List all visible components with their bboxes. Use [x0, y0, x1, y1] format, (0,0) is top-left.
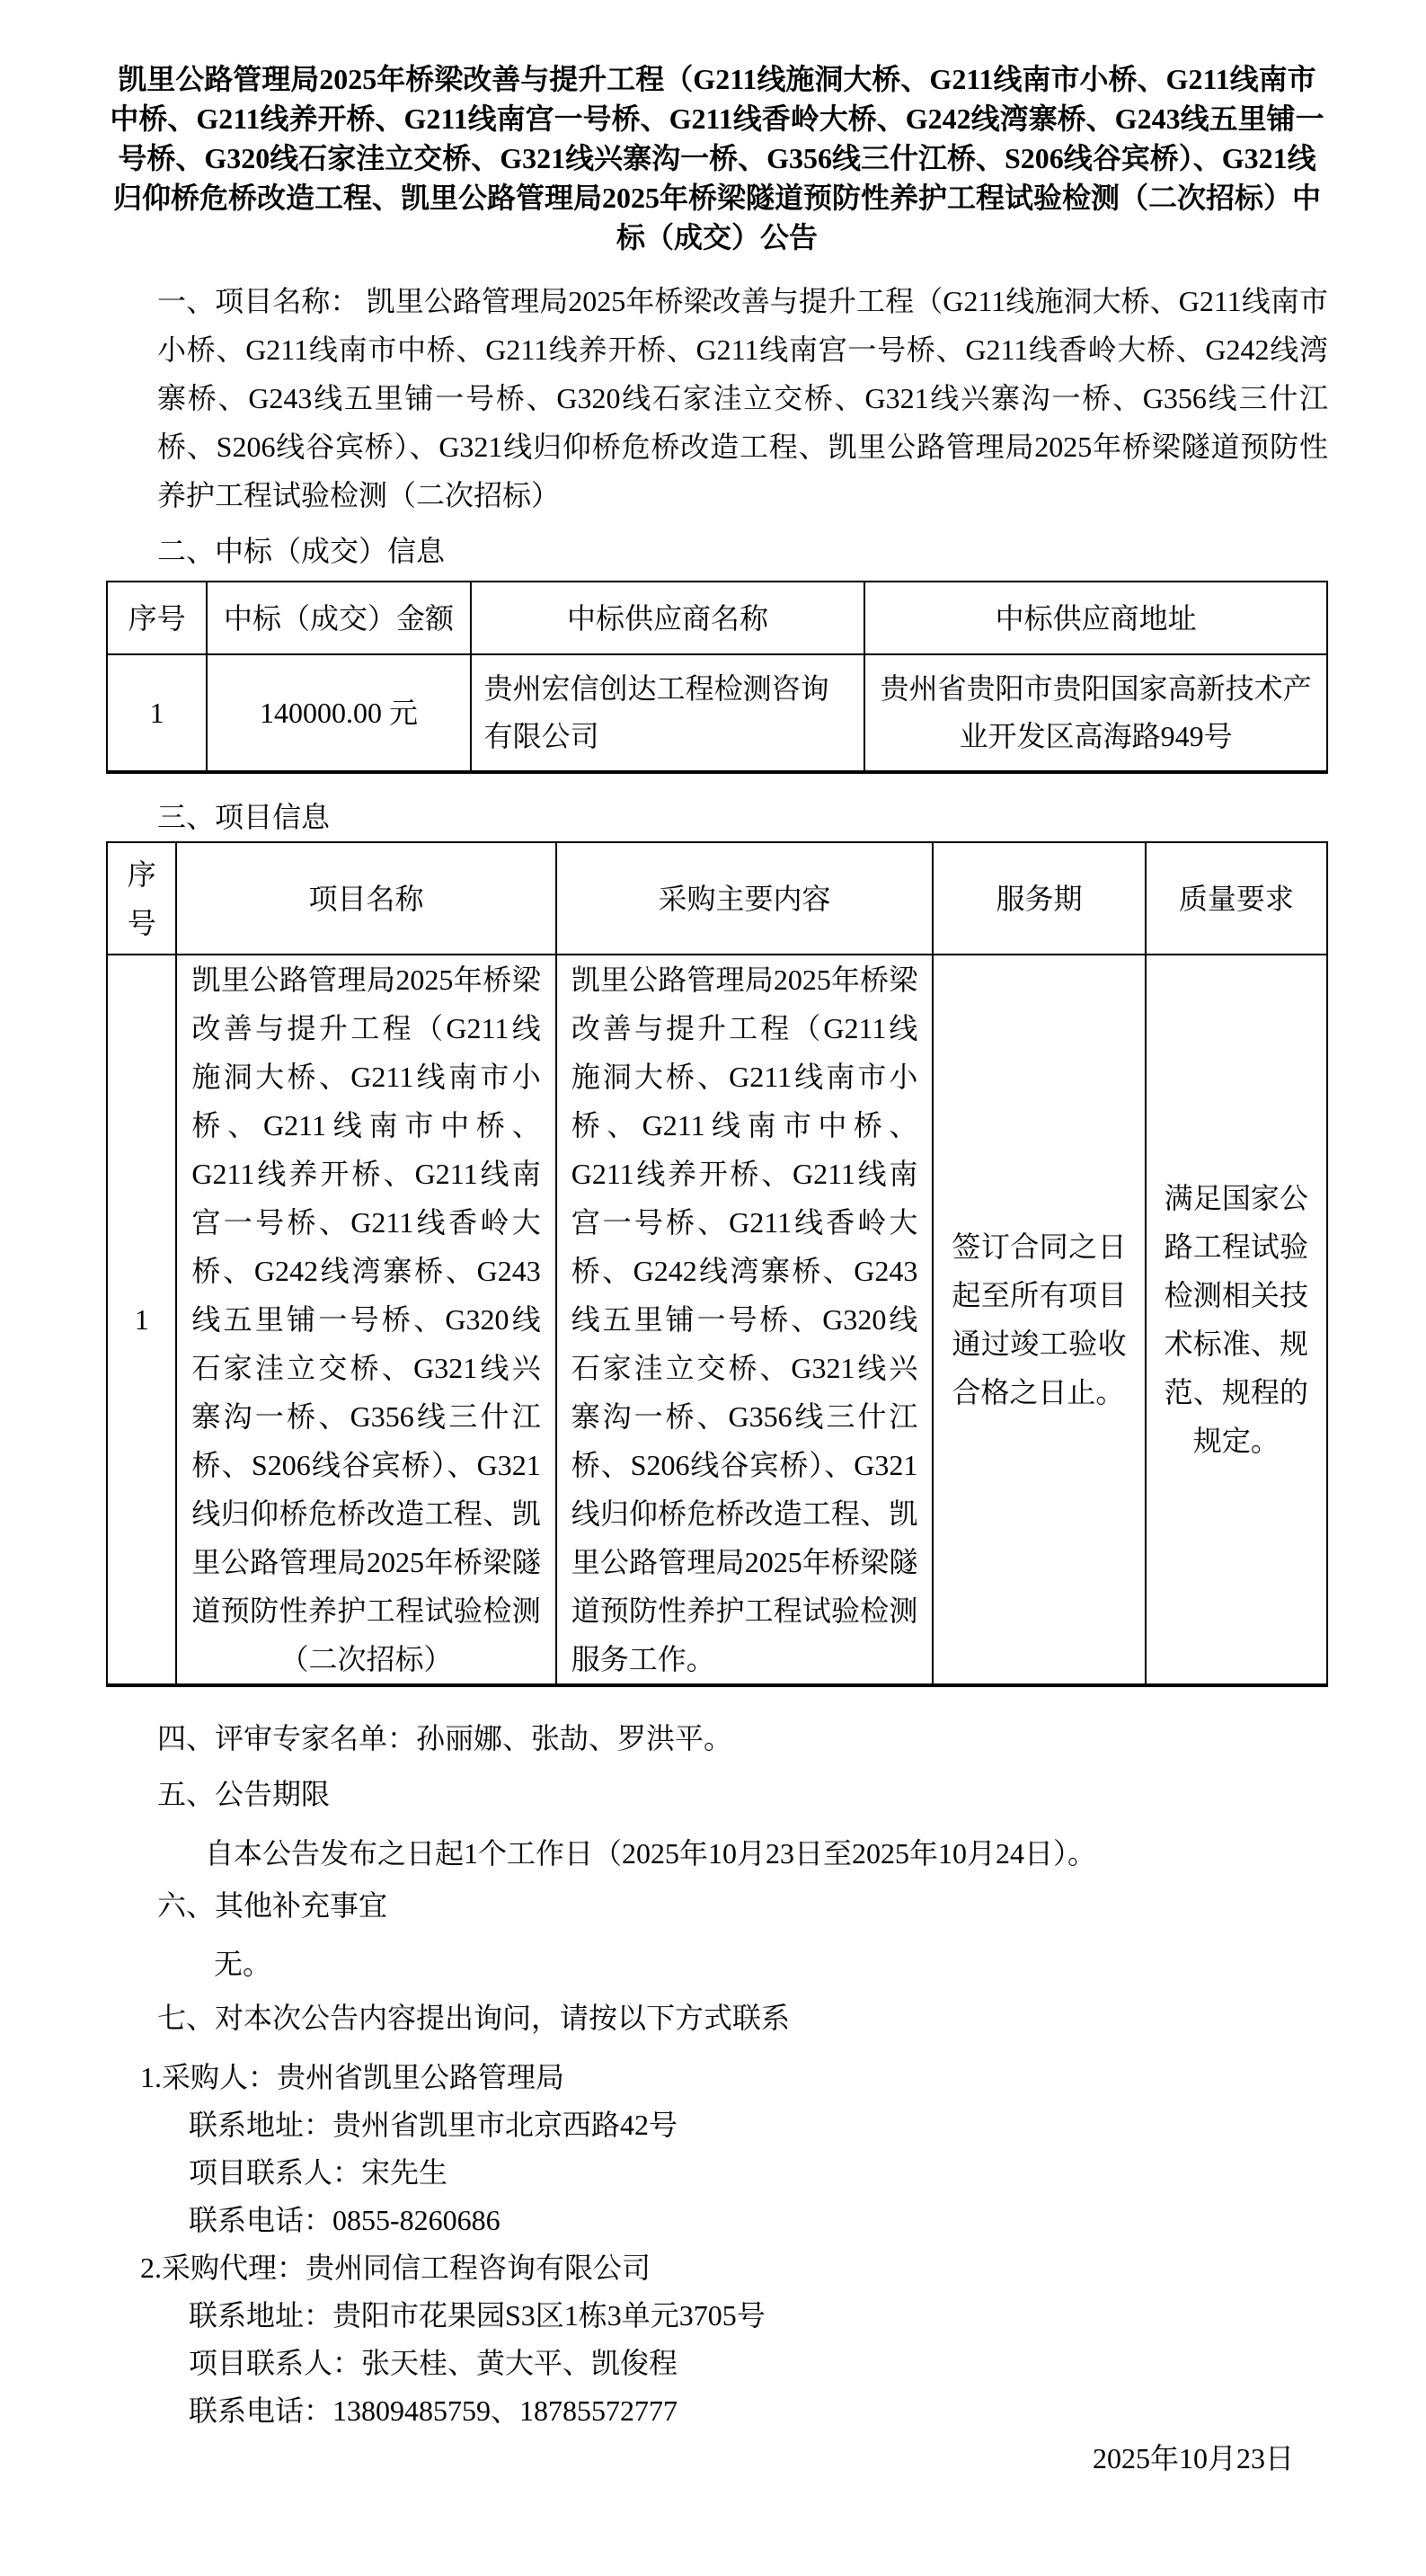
project-header-service-period: 服务期: [933, 842, 1145, 955]
purchaser-phone-line: 联系电话：0855-8260686: [106, 2197, 1328, 2244]
award-cell-supplier-name: 贵州宏信创达工程检测咨询有限公司: [471, 654, 865, 772]
award-header-amount: 中标（成交）金额: [207, 582, 470, 654]
project-header-quality: 质量要求: [1146, 842, 1327, 955]
award-cell-amount: 140000.00 元: [207, 654, 470, 772]
agent-name-line: 2.采购代理：贵州同信工程咨询有限公司: [106, 2244, 1328, 2292]
section-6-heading: 六、其他补充事宜: [157, 1881, 1328, 1930]
project-cell-name: 凯里公路管理局2025年桥梁改善与提升工程（G211线施洞大桥、G211线南市小…: [176, 955, 555, 1685]
award-cell-supplier-address: 贵州省贵阳市贵阳国家高新技术产业开发区高海路949号: [864, 654, 1327, 772]
section-3-heading: 三、项目信息: [157, 793, 1328, 841]
section-1-project-name-paragraph: 一、项目名称： 凯里公路管理局2025年桥梁改善与提升工程（G211线施洞大桥、…: [157, 277, 1328, 520]
section-7-heading: 七、对本次公告内容提出询问，请按以下方式联系: [157, 1994, 1328, 2042]
agent-person-line: 项目联系人：张天桂、黄大平、凯俊程: [106, 2340, 1328, 2387]
award-header-supplier-address: 中标供应商地址: [864, 582, 1327, 654]
project-header-seq: 序号: [107, 842, 176, 955]
section-6-body: 无。: [106, 1940, 1328, 1988]
section-4-experts-line: 四、评审专家名单：孙丽娜、张劼、罗洪平。: [157, 1714, 1328, 1763]
project-cell-content: 凯里公路管理局2025年桥梁改善与提升工程（G211线施洞大桥、G211线南市小…: [556, 955, 934, 1685]
purchaser-address-line: 联系地址：贵州省凯里市北京西路42号: [106, 2101, 1328, 2149]
project-table-row: 1 凯里公路管理局2025年桥梁改善与提升工程（G211线施洞大桥、G211线南…: [107, 955, 1327, 1685]
project-cell-quality: 满足国家公路工程试验检测相关技术标准、规范、规程的规定。: [1146, 955, 1327, 1685]
purchaser-person-line: 项目联系人：宋先生: [106, 2149, 1328, 2197]
award-table-row: 1 140000.00 元 贵州宏信创达工程检测咨询有限公司 贵州省贵阳市贵阳国…: [107, 654, 1327, 772]
project-cell-service-period: 签订合同之日起至所有项目通过竣工验收合格之日止。: [933, 955, 1145, 1685]
purchaser-name-line: 1.采购人：贵州省凯里公路管理局: [106, 2054, 1328, 2101]
award-header-supplier-name: 中标供应商名称: [471, 582, 865, 654]
section-2-heading: 二、中标（成交）信息: [157, 527, 1328, 575]
award-cell-seq: 1: [107, 654, 207, 772]
project-cell-seq: 1: [107, 955, 176, 1685]
award-table-header-row: 序号 中标（成交）金额 中标供应商名称 中标供应商地址: [107, 582, 1327, 654]
project-table-header-row: 序号 项目名称 采购主要内容 服务期 质量要求: [107, 842, 1327, 955]
announcement-title: 凯里公路管理局2025年桥梁改善与提升工程（G211线施洞大桥、G211线南市小…: [106, 59, 1328, 257]
section-5-announcement-period: 自本公告发布之日起1个工作日（2025年10月23日至2025年10月24日）。: [106, 1829, 1328, 1878]
section-5-heading: 五、公告期限: [157, 1770, 1328, 1818]
agent-phone-line: 联系电话：13809485759、18785572777: [106, 2387, 1328, 2435]
project-header-name: 项目名称: [176, 842, 555, 955]
agent-address-line: 联系地址：贵阳市花果园S3区1栋3单元3705号: [106, 2292, 1328, 2340]
project-header-content: 采购主要内容: [556, 842, 934, 955]
award-info-table: 序号 中标（成交）金额 中标供应商名称 中标供应商地址 1 140000.00 …: [106, 581, 1328, 774]
contact-block: 1.采购人：贵州省凯里公路管理局 联系地址：贵州省凯里市北京西路42号 项目联系…: [106, 2054, 1328, 2435]
project-info-table: 序号 项目名称 采购主要内容 服务期 质量要求 1 凯里公路管理局2025年桥梁…: [106, 841, 1328, 1687]
announcement-document: 凯里公路管理局2025年桥梁改善与提升工程（G211线施洞大桥、G211线南市小…: [0, 0, 1426, 2576]
announcement-date: 2025年10月23日: [106, 2435, 1328, 2483]
award-header-seq: 序号: [107, 582, 207, 654]
